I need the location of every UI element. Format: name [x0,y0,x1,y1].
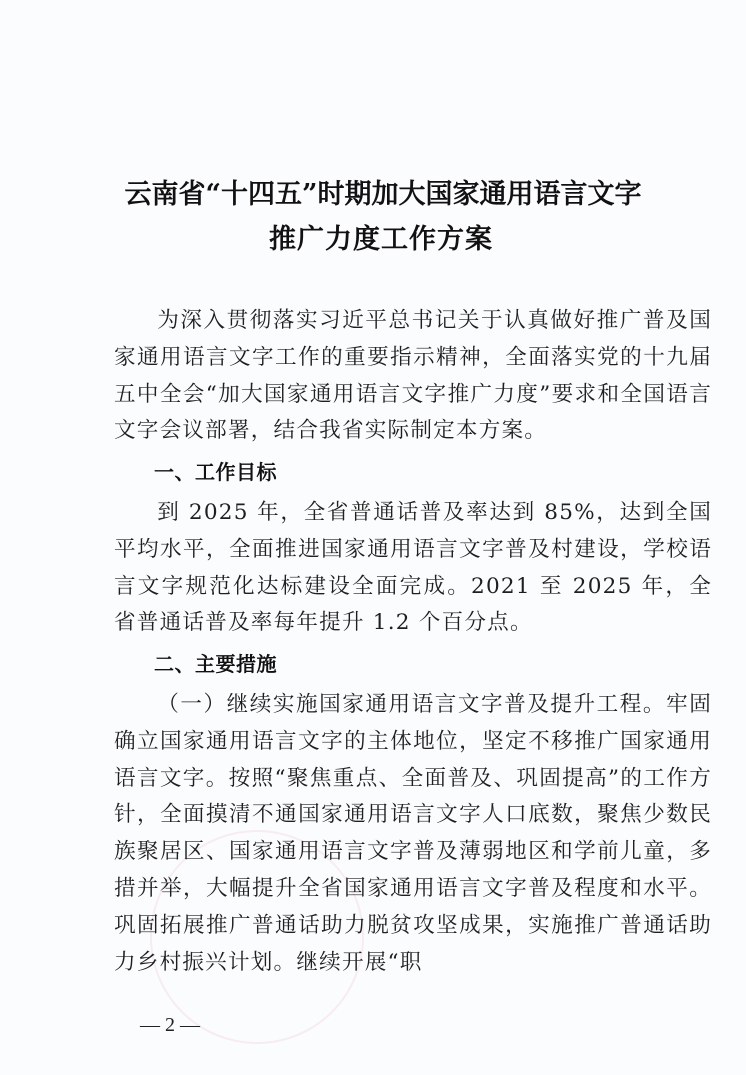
document-page: 云南省“十四五”时期加大国家通用语言文字 推广力度工作方案 为深入贯彻落实习近平… [0,0,746,1075]
section-heading-measures: 二、主要措施 [114,646,712,683]
document-body: 为深入贯彻落实习近平总书记关于认真做好推广普及国家通用语言文字工作的重要指示精神… [114,303,712,981]
section-paragraph-goals: 到 2025 年，全省普通话普及率达到 85%，达到全国平均水平，全面推进国家通… [114,495,712,642]
section-paragraph-measures: （一）继续实施国家通用语言文字普及提升工程。牢固确立国家通用语言文字的主体地位，… [114,687,712,981]
intro-paragraph: 为深入贯彻落实习近平总书记关于认真做好推广普及国家通用语言文字工作的重要指示精神… [114,303,712,450]
document-title-line-1: 云南省“十四五”时期加大国家通用语言文字 [10,172,746,211]
page-number: — 2 — [140,1014,200,1037]
document-title-line-2: 推广力度工作方案 [8,217,746,256]
section-heading-goals: 一、工作目标 [114,454,712,491]
